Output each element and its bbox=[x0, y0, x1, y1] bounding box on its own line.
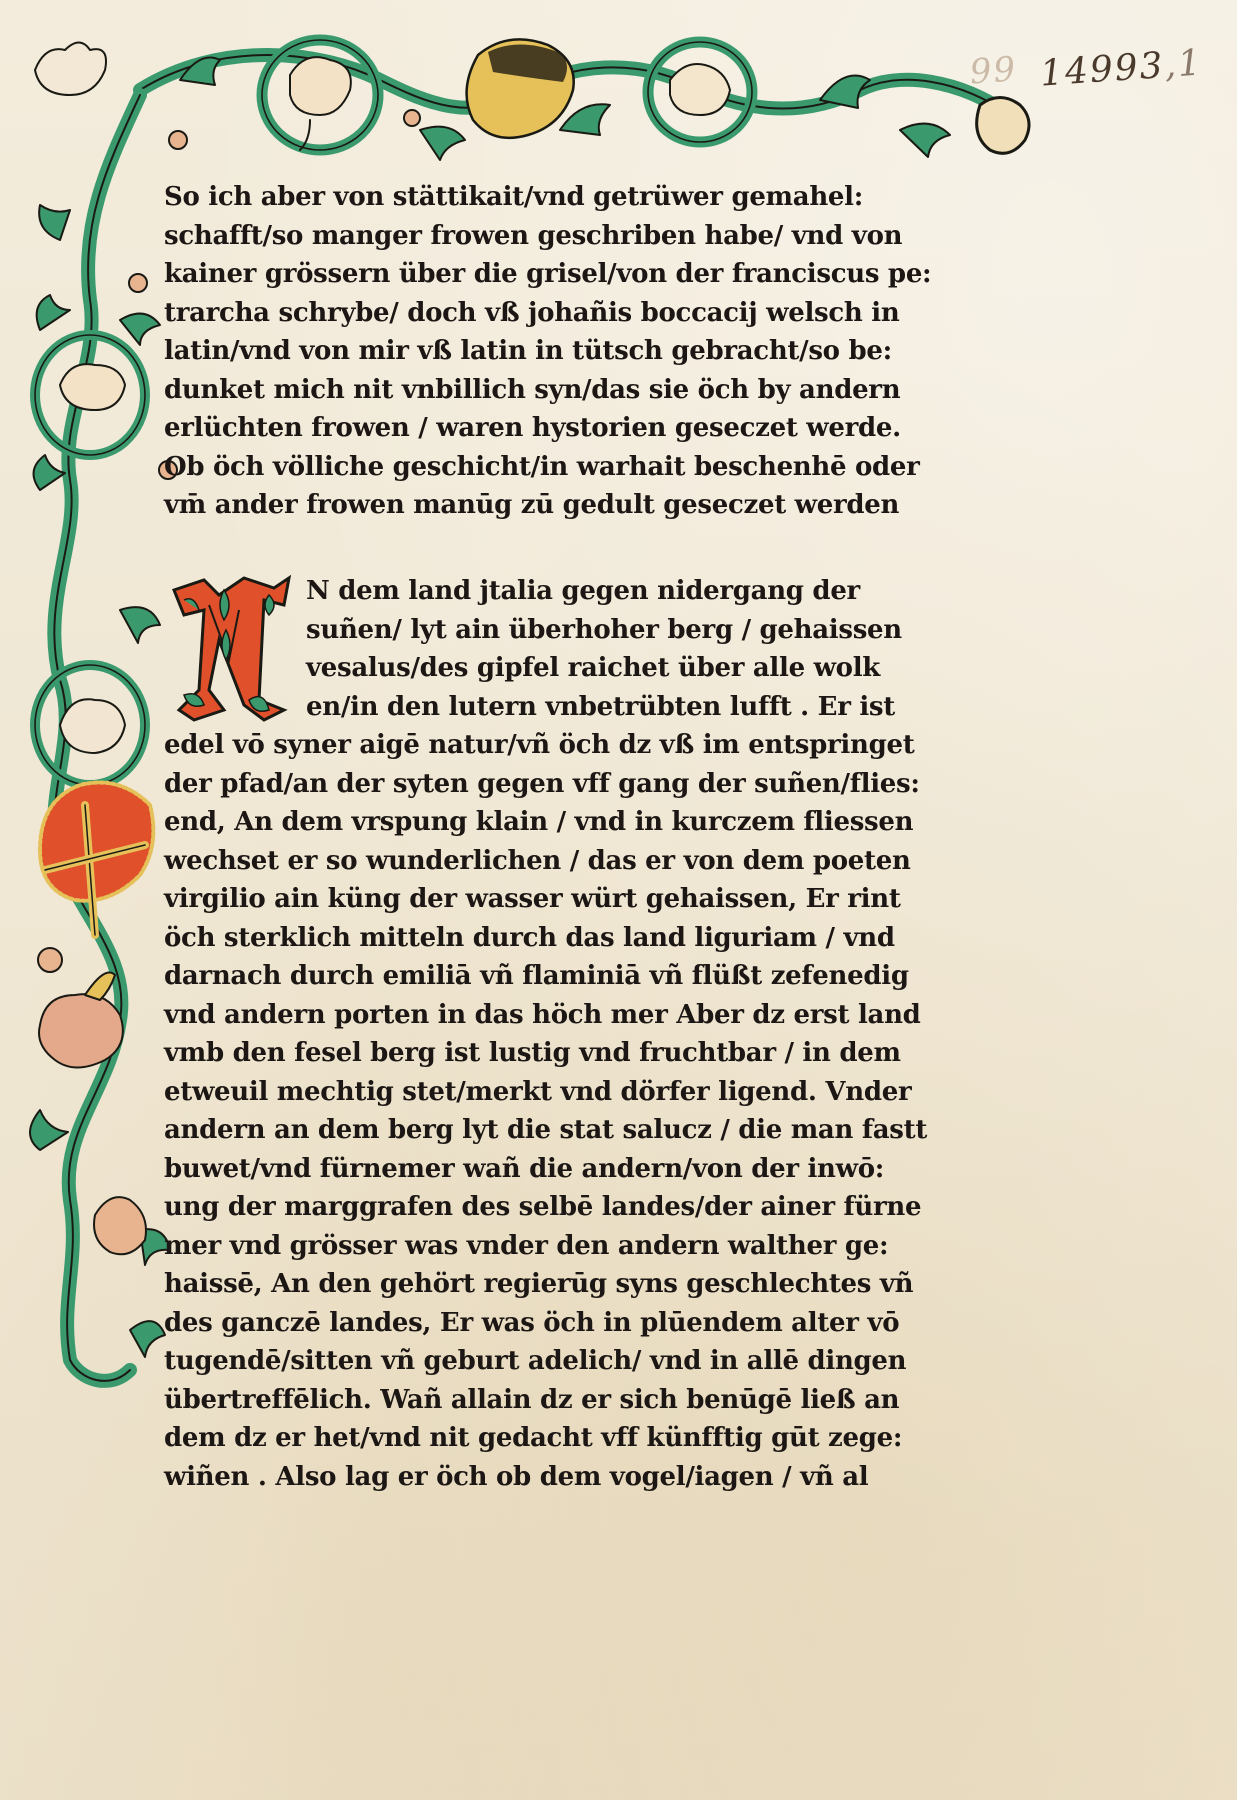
text-line: andern an dem berg lyt die stat salucz /… bbox=[164, 1111, 894, 1150]
text-line: So ich aber von stättikait/vnd getrüwer … bbox=[164, 178, 894, 217]
text-line: edel vō syner aigē natur/vñ öch dz vß im… bbox=[164, 726, 894, 765]
text-line: wechset er so wunderlichen / das er von … bbox=[164, 842, 894, 881]
text-line: dunket mich nit vnbillich syn/das sie öc… bbox=[164, 371, 894, 410]
text-line: vesalus/des gipfel raichet über alle wol… bbox=[164, 649, 894, 688]
text-line: übertreffēlich. Wañ allain dz er sich be… bbox=[164, 1381, 894, 1420]
text-line: öch sterklich mitteln durch das land lig… bbox=[164, 919, 894, 958]
text-line: etweuil mechtig stet/merkt vnd dörfer li… bbox=[164, 1073, 894, 1112]
text-line: kainer grössern über die grisel/von der … bbox=[164, 255, 894, 294]
text-line: wiñen . Also lag er öch ob dem vogel/iag… bbox=[164, 1458, 894, 1497]
text-line: Ob öch völliche geschicht/in warhait bes… bbox=[164, 448, 894, 487]
text-line: mer vnd grösser was vnder den andern wal… bbox=[164, 1227, 894, 1266]
text-line: en/in den lutern vnbetrübten lufft . Er … bbox=[164, 688, 894, 727]
text-line: suñen/ lyt ain überhoher berg / gehaisse… bbox=[164, 611, 894, 650]
text-line: vm̄ ander frowen manūg zū gedult gesecze… bbox=[164, 486, 894, 525]
text-line: trarcha schrybe/ doch vß johañis boccaci… bbox=[164, 294, 894, 333]
manuscript-page: 99 14993,1 bbox=[0, 0, 1237, 1800]
text-line: tugendē/sitten vñ geburt adelich/ vnd in… bbox=[164, 1342, 894, 1381]
text-line: virgilio ain küng der wasser würt gehais… bbox=[164, 880, 894, 919]
svg-text:J: J bbox=[164, 570, 165, 571]
text-line: ung der marggrafen des selbē landes/der … bbox=[164, 1188, 894, 1227]
text-line: N dem land jtalia gegen nidergang der bbox=[164, 572, 894, 611]
text-line: erlüchten frowen / waren hystorien gesec… bbox=[164, 409, 894, 448]
text-line: vnd andern porten in das höch mer Aber d… bbox=[164, 996, 894, 1035]
text-line: dem dz er het/vnd nit gedacht vff künfft… bbox=[164, 1419, 894, 1458]
text-line: latin/vnd von mir vß latin in tütsch geb… bbox=[164, 332, 894, 371]
text-line: haissē, An den gehört regierūg syns gesc… bbox=[164, 1265, 894, 1304]
text-line: vmb den fesel berg ist lustig vnd frucht… bbox=[164, 1034, 894, 1073]
text-line: der pfad/an der syten gegen vff gang der… bbox=[164, 765, 894, 804]
text-line: buwet/vnd fürnemer wañ die andern/von de… bbox=[164, 1150, 894, 1189]
text-line: des ganczē landes, Er was öch in plūende… bbox=[164, 1304, 894, 1343]
text-line: end, An dem vrspung klain / vnd in kurcz… bbox=[164, 803, 894, 842]
text-line: darnach durch emiliā vñ flaminiā vñ flüß… bbox=[164, 957, 894, 996]
chapter-paragraph: N dem land jtalia gegen nidergang der su… bbox=[164, 572, 894, 1496]
prologue-paragraph: So ich aber von stättikait/vnd getrüwer … bbox=[164, 178, 894, 525]
text-line: schafft/so manger frowen geschriben habe… bbox=[164, 217, 894, 256]
